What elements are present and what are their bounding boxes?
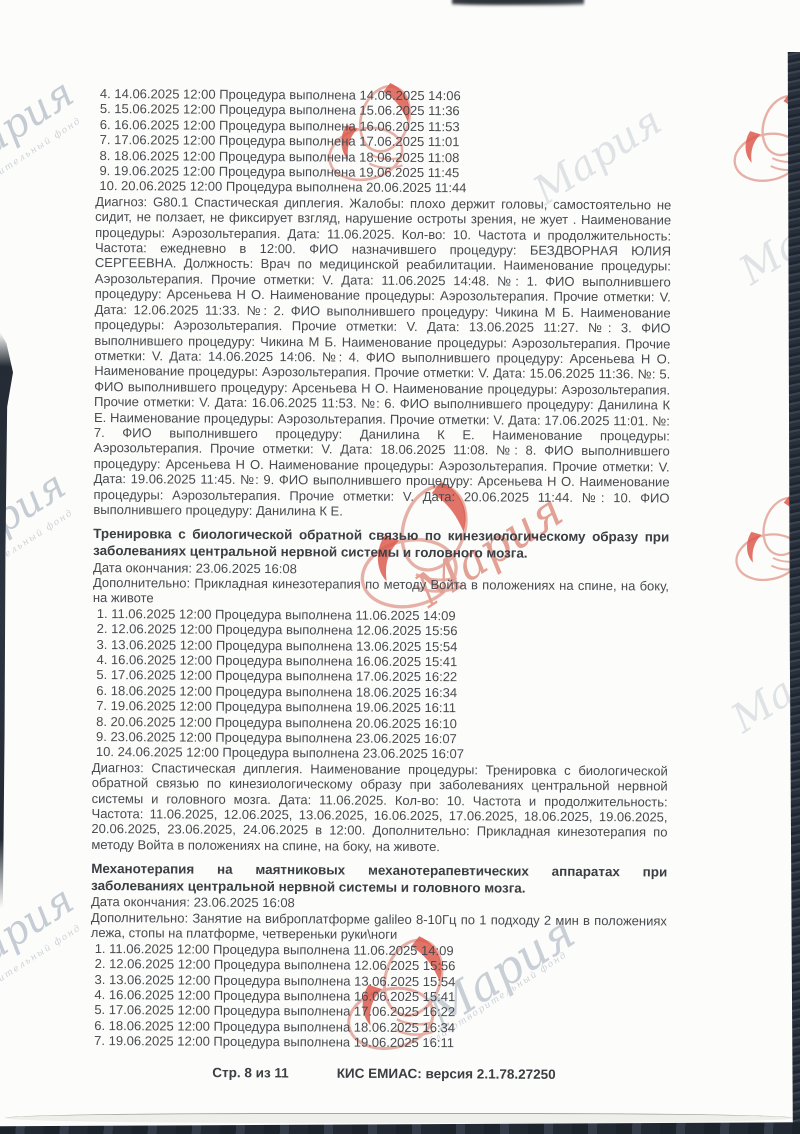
page-number: Стр. 8 из 11 xyxy=(212,1065,288,1080)
diagnosis-paragraph-biofeedback: Диагноз: Спастическая диплегия. Наименов… xyxy=(91,760,668,856)
maria-script-fragment: Мария xyxy=(723,626,800,742)
page-footer: Стр. 8 из 11 КИС ЕМИАС: версия 2.1.78.27… xyxy=(96,1064,672,1082)
maria-script-text: Мария xyxy=(0,877,82,993)
charity-fund-subtext: благотворительный фонд xyxy=(0,923,83,1020)
procedure-list-biofeedback: 1. 11.06.2025 12:00 Процедура выполнена … xyxy=(92,606,669,764)
section-title-biofeedback: Тренировка с биологической обратной связ… xyxy=(93,526,669,563)
tulip-icon xyxy=(0,48,6,168)
document-content: 4. 14.06.2025 12:00 Процедура выполнена … xyxy=(90,86,672,1052)
diagnosis-paragraph-aerosol: Диагноз: G80.1 Спастическая диплегия. Жа… xyxy=(93,194,671,521)
additional-line: Дополнительно: Прикладная кинезотерапия … xyxy=(93,575,669,609)
scan-smudge-top xyxy=(452,0,584,7)
charity-fund-subtext: благотворительный фонд xyxy=(0,116,83,213)
page-bottom-edge xyxy=(5,1113,793,1123)
section-title-mechanotherapy: Механотерапия на маятниковых механотерап… xyxy=(91,861,667,898)
scanned-document-page: Мария благотворительный фонд Мария благо… xyxy=(0,0,800,1134)
maria-script-text: Мария xyxy=(0,462,74,578)
maria-script-text: Мария xyxy=(0,70,82,186)
procedure-list-aerosol: 4. 14.06.2025 12:00 Процедура выполнена … xyxy=(95,86,672,197)
procedure-list-mechanotherapy: 1. 11.06.2025 12:00 Процедура выполнена … xyxy=(90,941,667,1052)
charity-fund-subtext: благотворительный фонд xyxy=(0,508,75,605)
system-version: КИС ЕМИАС: версия 2.1.78.27250 xyxy=(337,1066,556,1082)
additional-line: Дополнительно: Занятие на виброплатформе… xyxy=(91,910,667,944)
